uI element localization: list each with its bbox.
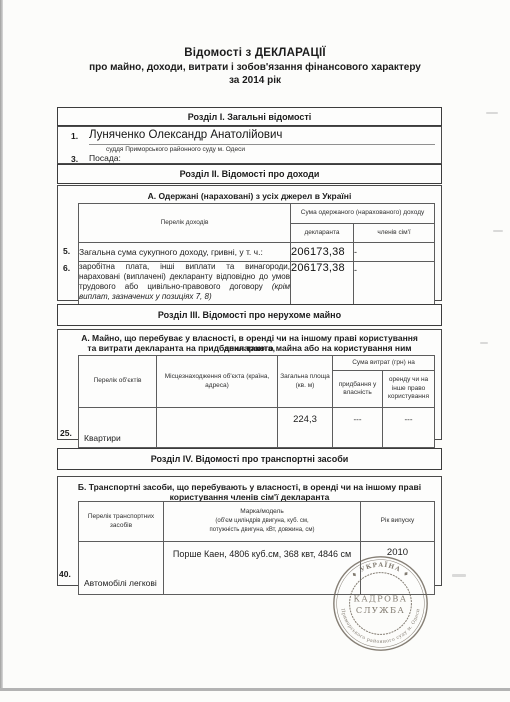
row-number: 5. [63,246,70,256]
col-header-model: Марка/модель(об'єм циліндрів двигуна, ку… [164,502,361,542]
section1-box: 1. Луняченко Олександр Анатолійович судд… [57,126,442,164]
property-object: Квартири [79,408,157,448]
section4-header: Розділ IV. Відомості про транспортні зас… [57,448,442,470]
col-header-purchase: придбання у власність [333,371,383,408]
section1-header: Розділ I. Загальні відомості [57,107,442,126]
stamp-inner-ring [350,573,412,635]
stamp-ring-top-text: ♦ УКРАЇНА ♦ [350,562,410,580]
stamp-center-line1: КАДРОВА [354,593,408,603]
income-label: Загальна сума сукупного доходу, гривні, … [79,243,291,262]
col-header-declarant: декларанта [291,224,354,243]
income-family-value: - [354,262,435,306]
property-location [157,408,278,448]
col-header-model-line2: (об'єм циліндрів двигуна, куб. см, [164,518,360,526]
col-header-area-line2: (кв. м) [278,382,332,390]
col-header-rent: оренду чи на інше право користування [383,371,435,408]
row-number: 25. [60,428,72,438]
scan-artifact [486,112,498,114]
property-purchase-cost: --- [333,408,383,448]
col-header-area-line1: Загальна площа [278,373,332,381]
property-rent-cost: --- [383,408,435,448]
property-table: Перелік об'єктів Місцезнаходження об'єкт… [78,355,435,448]
income-declarant-value: 206173,38 [291,243,354,262]
declaration-scan-page: Відомості з ДЕКЛАРАЦІЇ про майно, доходи… [0,0,510,702]
stamp-center-line2: СЛУЖБА [356,605,405,615]
row-number: 1. [71,131,78,141]
document-year: за 2014 рік [60,75,450,86]
section3-header: Розділ III. Відомості про нерухоме майно [57,304,442,326]
col-header-model-line1: Марка/модель [164,508,360,516]
col-header-income-list: Перелік доходів [79,204,291,243]
property-area: 224,3 [278,408,333,448]
income-label-text: заробітна плата, інші виплати та винагор… [79,262,290,291]
document-subtitle: про майно, доходи, витрати і зобов'язанн… [60,62,450,73]
col-header-year: Рік випуску [361,502,435,542]
row-number: 3. [71,154,78,164]
document-title: Відомості з ДЕКЛАРАЦІЇ [60,47,450,59]
vehicle-type: Автомобілі легкові [79,542,164,595]
col-header-model-line3: потужність двигуна, кВт, довжина, см) [164,527,360,535]
scan-artifact [480,342,488,344]
section3-box: А. Майно, що перебуває у власності, в ор… [57,329,442,440]
income-label: заробітна плата, інші виплати та винагор… [79,262,291,306]
row-number: 40. [59,569,71,579]
name-underline [89,129,435,145]
section4-subheader-line1: Б. Транспортні засоби, що перебувають у … [58,482,441,492]
income-row-6: заробітна плата, інші виплати та винагор… [79,262,435,306]
col-header-location: Місцезнаходження об'єкта (країна, адреса… [157,356,278,408]
document-title-block: Відомості з ДЕКЛАРАЦІЇ про майно, доходи… [60,47,450,86]
section2-subheader: А. Одержані (нараховані) з усіх джерел в… [58,191,441,201]
position-label: Посада: [89,153,121,163]
col-header-costs: Сума витрат (грн) на [333,356,435,371]
col-header-income-sum: Сума одержаного (нарахованого) доходу [291,204,435,224]
col-header-family: членів сім'ї [354,224,435,243]
col-header-area: Загальна площа(кв. м) [278,356,333,408]
stamp-outer-ring [334,557,427,650]
property-row-25: Квартири 224,3 --- --- [79,408,435,448]
section2-header: Розділ II. Відомості про доходи [57,164,442,184]
income-table: Перелік доходів Сума одержаного (нарахов… [78,203,435,306]
income-family-value: - [354,243,435,262]
income-row-5: Загальна сума сукупного доходу, гривні, … [79,243,435,262]
income-declarant-value: 206173,38 [291,262,354,306]
round-stamp: ♦ УКРАЇНА ♦ Приморського районного суду … [330,553,431,654]
scan-artifact [452,574,466,577]
section2-box: А. Одержані (нараховані) з усіх джерел в… [57,185,442,301]
col-header-objects: Перелік об'єктів [79,356,157,408]
page-edge-shadow [0,0,3,689]
scan-bottom-line [0,688,510,691]
declarant-position-note: суддя Приморського районного суду м. Оде… [106,146,245,153]
section3-subheader-line2: та витрати декларанта на придбання таког… [58,343,441,353]
col-header-vehicles: Перелік транспортних засобів [79,502,164,542]
scan-artifact [493,230,503,232]
row-number: 6. [63,263,70,273]
